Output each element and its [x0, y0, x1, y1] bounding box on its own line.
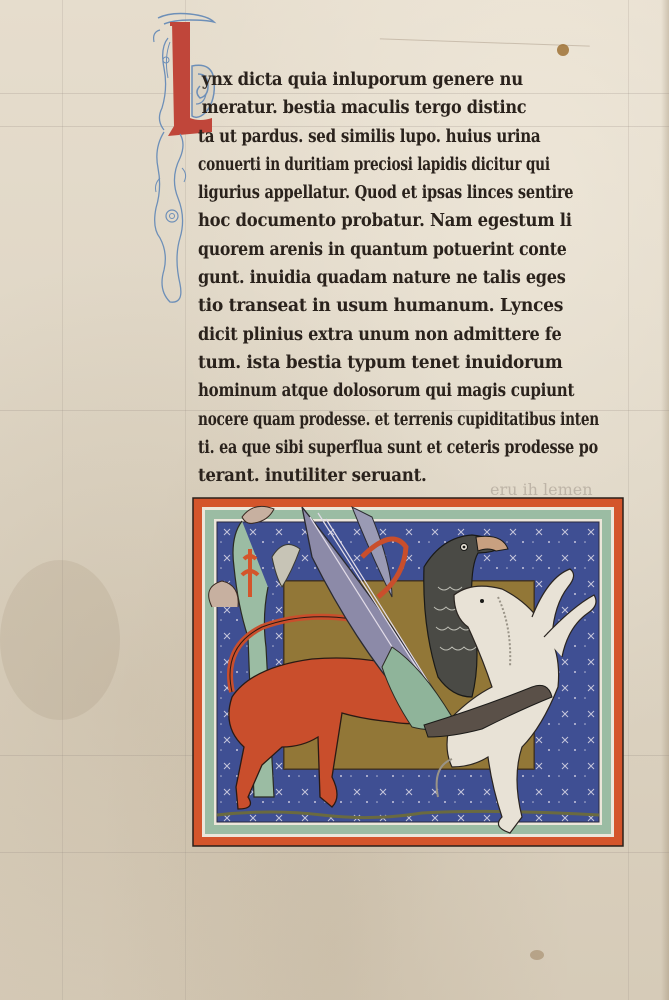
text-line: ti. ea que sibi superflua sunt et ceteri… — [198, 434, 551, 462]
margin-rule — [62, 0, 63, 1000]
text-line: tum. ista bestia typum tenet inuidorum — [198, 349, 615, 377]
text-line: ta ut pardus. sed similis lupo. huius ur… — [198, 123, 568, 151]
text-line: dicit plinius extra unum non admittere f… — [198, 321, 594, 349]
ruling-line — [0, 852, 669, 853]
text-line: quorem arenis in quantum potuerint conte — [198, 236, 585, 264]
stain — [0, 560, 120, 720]
text-line: gunt. inuidia quadam nature ne talis ege… — [198, 264, 594, 292]
miniature-illustration — [192, 497, 624, 847]
stain — [530, 950, 544, 960]
text-line: meratur. bestia maculis tergo distinc — [198, 94, 594, 122]
text-line: hominum atque dolosorum qui magis cupiun… — [198, 377, 568, 405]
parchment-fold — [380, 26, 590, 46]
text-line: conuerti in duritiam preciosi lapidis di… — [198, 151, 533, 179]
text-line: hoc documento probatur. Nam egestum li — [198, 207, 602, 235]
text-line: ynx dicta quia inluporum genere nu — [198, 66, 602, 94]
text-line: ligurius appellatur. Quod et ipsas lince… — [198, 179, 555, 207]
stain — [557, 44, 569, 56]
text-line: nocere quam prodesse. et terrenis cupidi… — [198, 406, 533, 434]
page-edge — [661, 0, 669, 1000]
text-line: tio transeat in usum humanum. Lynces — [198, 292, 619, 320]
text-column: ynx dicta quia inluporum genere nu merat… — [198, 66, 628, 490]
margin-rule — [628, 0, 629, 1000]
